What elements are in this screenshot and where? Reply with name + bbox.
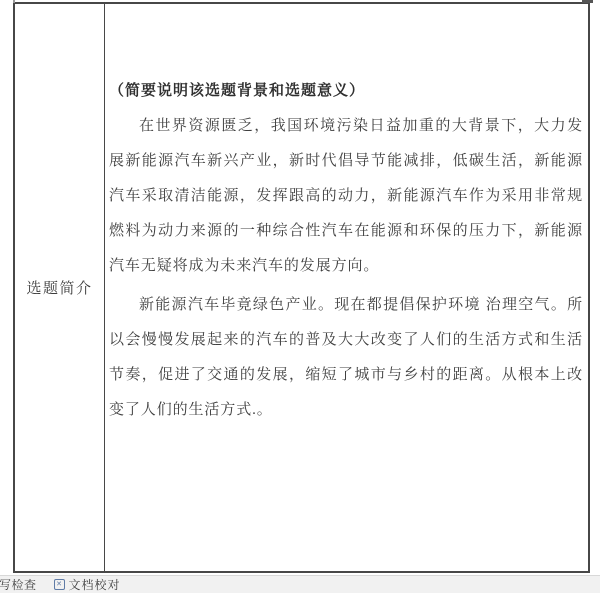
row-header-cell[interactable]: 选题简介: [15, 4, 105, 571]
topic-intro-content-cell[interactable]: （简要说明该选题背景和选题意义） 在世界资源匮乏，我国环境污染日益加重的大背景下…: [105, 4, 588, 571]
row-header-label: 选题简介: [26, 277, 92, 298]
spell-check-status-item[interactable]: 写检查: [0, 576, 37, 593]
document-proof-status-item[interactable]: ✕ 文档校对: [54, 576, 121, 593]
table-border-remnant-right: [582, 0, 593, 3]
status-bar: 写检查 ✕ 文档校对: [0, 575, 600, 593]
note-header-text: （简要说明该选题背景和选题意义）: [109, 74, 583, 109]
paragraph-1: 在世界资源匮乏，我国环境污染日益加重的大背景下，大力发展新能源汽车新兴产业，新时…: [109, 109, 583, 284]
paragraph-2: 新能源汽车毕竟绿色产业。现在都提倡保护环境 治理空气。所以会慢慢发展起来的汽车的…: [109, 288, 583, 428]
document-proof-icon: ✕: [54, 579, 65, 590]
table-border-remnant-left: [13, 0, 15, 3]
topic-intro-table: 选题简介 （简要说明该选题背景和选题意义） 在世界资源匮乏，我国环境污染日益加重…: [13, 2, 590, 573]
document-proof-label: 文档校对: [69, 576, 121, 593]
